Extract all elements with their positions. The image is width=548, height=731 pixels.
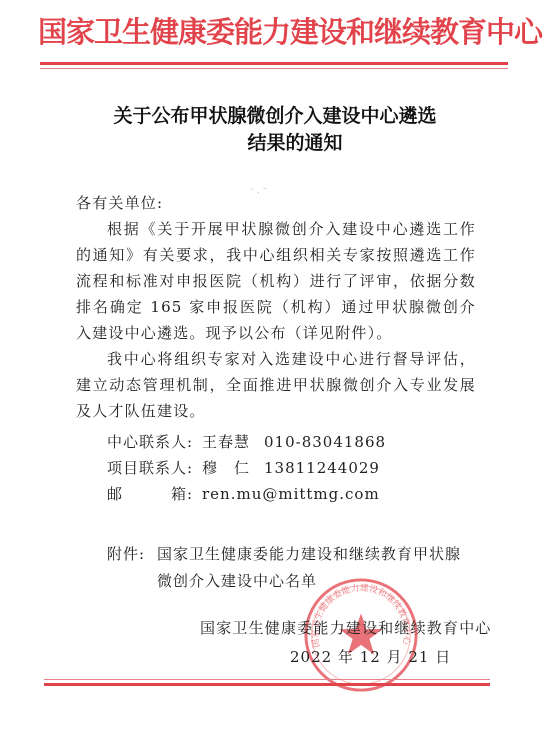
contact-phone: 010-83041868 <box>264 433 386 451</box>
contact-email[interactable]: ren.mu@mittmg.com <box>202 485 380 503</box>
attachment-label: 附件: <box>107 541 157 568</box>
attachment: 附件:国家卫生健康委能力建设和继续教育甲状腺微创介入建设中心名单 <box>107 541 487 595</box>
contact-row-center: 中心联系人:王春慧010-83041868 <box>107 429 386 455</box>
paragraph-1: 根据《关于开展甲状腺微创介入建设中心遴选工作的通知》有关要求，我中心组织相关专家… <box>76 216 476 346</box>
contact-name: 穆 仁 <box>202 455 264 481</box>
document-title-line-2: 结果的通知 <box>60 130 490 157</box>
document-title-line-1: 关于公布甲状腺微创介入建设中心遴选 <box>113 105 436 127</box>
contact-row-project: 项目联系人:穆 仁13811244029 <box>107 455 386 481</box>
document-body: 各有关单位: 根据《关于开展甲状腺微创介入建设中心遴选工作的通知》有关要求，我中… <box>76 190 476 424</box>
contact-label: 中心联系人: <box>107 429 202 455</box>
masthead-title: 国家卫生健康委能力建设和继续教育中心 <box>38 10 510 54</box>
contact-list: 中心联系人:王春慧010-83041868 项目联系人:穆 仁138112440… <box>107 429 386 507</box>
footer-rule-thick <box>44 683 490 686</box>
issue-date: 2022 年 12 月 21 日 <box>290 644 451 671</box>
footer-rule-thin <box>44 679 490 680</box>
contact-phone: 13811244029 <box>264 459 380 477</box>
masthead-rule-thin <box>40 68 508 69</box>
masthead-rule-thick <box>40 62 508 65</box>
document-title: 关于公布甲状腺微创介入建设中心遴选 结果的通知 <box>60 103 490 157</box>
salutation: 各有关单位: <box>76 190 476 216</box>
contact-name: 王春慧 <box>202 429 264 455</box>
contact-label: 邮 箱: <box>107 481 202 507</box>
signer: 国家卫生健康委能力建设和继续教育中心 <box>200 615 492 642</box>
contact-label: 项目联系人: <box>107 455 202 481</box>
paragraph-2: 我中心将组织专家对入选建设中心进行督导评估，建立动态管理机制，全面推进甲状腺微创… <box>76 346 476 424</box>
contact-row-email: 邮 箱:ren.mu@mittmg.com <box>107 481 386 507</box>
